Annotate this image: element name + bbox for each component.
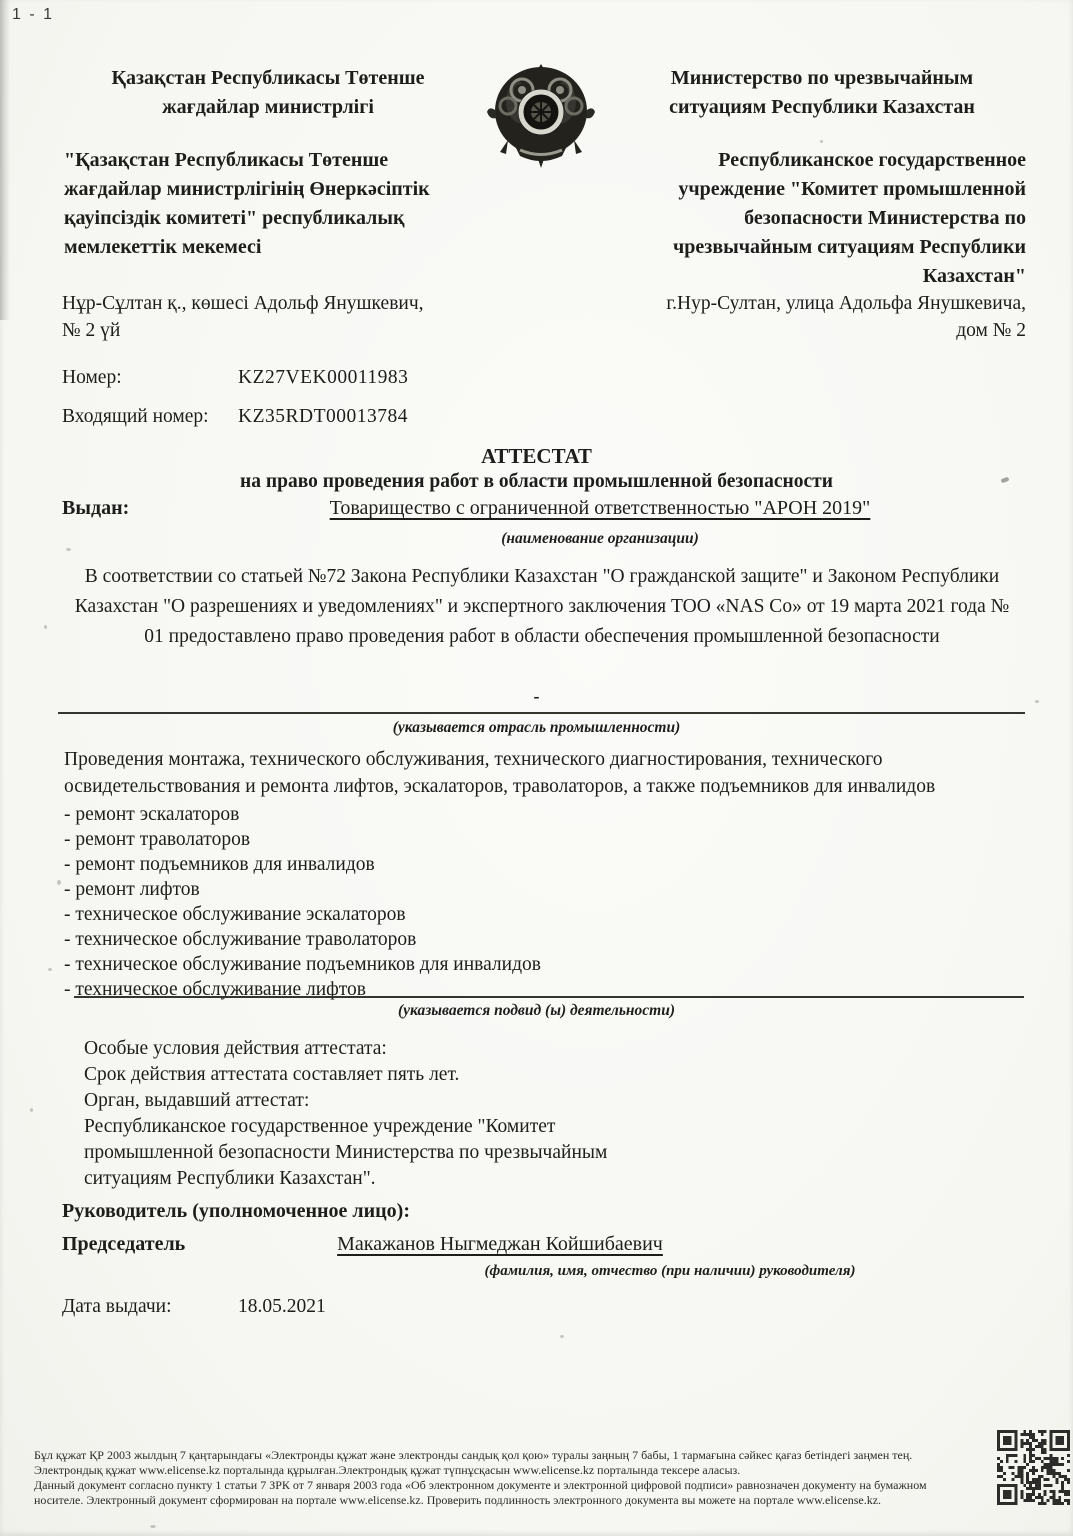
activity-item: - ремонт подъемников для инвалидов xyxy=(64,852,1022,877)
scan-artifact xyxy=(66,548,71,551)
activity-item: - ремонт траволаторов xyxy=(64,827,1022,852)
scan-artifact xyxy=(44,625,47,629)
institution-name-ru: Республиканское государственное учрежден… xyxy=(620,146,1026,291)
subtype-rule-line xyxy=(74,996,1024,998)
activity-item: - ремонт эскалаторов xyxy=(64,802,1022,827)
scan-artifact xyxy=(30,1108,33,1112)
activity-item: - техническое обслуживание эскалаторов xyxy=(64,902,1022,927)
leader-name-caption: (фамилия, имя, отчество (при наличии) ру… xyxy=(320,1263,1020,1280)
footer-line-ru-1: Данный документ согласно пункту 1 статьи… xyxy=(34,1478,994,1493)
address-kk-line2: № 2 үй xyxy=(62,317,492,344)
activity-item: - техническое обслуживание лифтов xyxy=(64,977,1022,1002)
subtype-caption: (указывается подвид (ы) деятельности) xyxy=(0,1002,1073,1020)
activity-item: - ремонт лифтов xyxy=(64,877,1022,902)
scan-artifact xyxy=(57,880,61,885)
validity-period: Срок действия аттестата составляет пять … xyxy=(84,1062,844,1088)
scanned-certificate-page: 1 - 1 Қазақстан Республикасы Төтенше жағ… xyxy=(0,0,1073,1536)
scan-artifact xyxy=(560,1335,564,1338)
ministry-name-ru: Министерство по чрезвычайным ситуациям Р… xyxy=(634,64,1010,122)
scan-artifact xyxy=(48,968,52,971)
activities-intro: Проведения монтажа, технического обслужи… xyxy=(64,746,1022,800)
activities-block: Проведения монтажа, технического обслужи… xyxy=(64,746,1022,1002)
qr-code xyxy=(997,1430,1070,1505)
incoming-number-label: Входящий номер: xyxy=(62,403,209,430)
special-conditions-label: Особые условия действия аттестата: xyxy=(84,1036,844,1062)
institution-name-kk: "Қазақстан Республикасы Төтенше жағдайла… xyxy=(64,146,468,262)
issuing-authority-line2: промышленной безопасности Министерства п… xyxy=(84,1140,844,1166)
organization-caption: (наименование организации) xyxy=(250,530,950,548)
footer-line-kk-1: Бұл құжат ҚР 2003 жылдың 7 қаңтарындағы … xyxy=(34,1448,994,1463)
footer-line-kk-2: Электрондық құжат www.elicense.kz портал… xyxy=(34,1463,994,1478)
issuing-authority-line3: ситуациям Республики Казахстан". xyxy=(84,1166,844,1192)
document-title: АТТЕСТАТ xyxy=(0,444,1073,469)
activity-item: - техническое обслуживание траволаторов xyxy=(64,927,1022,952)
issuing-authority-line1: Республиканское государственное учрежден… xyxy=(84,1114,844,1140)
organization-name: Товарищество с ограниченной ответственно… xyxy=(330,497,871,519)
address-ru-line1: г.Нур-Султан, улица Адольфа Янушкевича, xyxy=(620,290,1026,317)
activity-item: - техническое обслуживание подъемников д… xyxy=(64,952,1022,977)
address-ru-line2: дом № 2 xyxy=(620,317,1026,344)
leader-name-wrap: Макажанов Ныгмеджан Койшибаевич xyxy=(200,1233,800,1256)
issue-date-value: 18.05.2021 xyxy=(238,1293,326,1320)
leader-position: Председатель xyxy=(62,1233,185,1256)
scan-page-marker: 1 - 1 xyxy=(12,6,54,24)
document-subtitle: на право проведения работ в области пром… xyxy=(0,471,1073,493)
footer-legal-text: Бұл құжат ҚР 2003 жылдың 7 қаңтарындағы … xyxy=(34,1448,994,1508)
industry-caption: (указывается отрасль промышленности) xyxy=(0,719,1073,737)
issued-to-organization: Товарищество с ограниченной ответственно… xyxy=(250,497,950,520)
issuing-authority-label: Орган, выдавший аттестат: xyxy=(84,1088,844,1114)
scan-artifact xyxy=(150,1525,156,1528)
number-label: Номер: xyxy=(62,364,122,391)
footer-line-ru-2: носителе. Электронный документ сформиров… xyxy=(34,1493,994,1508)
address-kk-line1: Нұр-Сұлтан қ., көшесі Адольф Янушкевич, xyxy=(62,290,492,317)
kazakhstan-state-emblem-icon xyxy=(484,48,598,184)
number-value: KZ27VEK00011983 xyxy=(238,364,408,391)
leader-section-label: Руководитель (уполномоченное лицо): xyxy=(62,1200,410,1223)
leader-name: Макажанов Ныгмеджан Койшибаевич xyxy=(337,1233,663,1255)
incoming-number-value: KZ35RDT00013784 xyxy=(238,403,408,430)
industry-rule-line xyxy=(58,712,1025,714)
conditions-block: Особые условия действия аттестата: Срок … xyxy=(84,1036,844,1192)
ministry-name-kk: Қазақстан Республикасы Төтенше жағдайлар… xyxy=(82,64,454,122)
scan-artifact xyxy=(820,140,823,143)
legal-basis-paragraph: В соответствии со статьей №72 Закона Рес… xyxy=(66,562,1018,652)
address-kk: Нұр-Сұлтан қ., көшесі Адольф Янушкевич, … xyxy=(62,290,492,344)
address-ru: г.Нур-Султан, улица Адольфа Янушкевича, … xyxy=(620,290,1026,344)
industry-value-dash: - xyxy=(0,686,1073,707)
issued-label: Выдан: xyxy=(62,497,129,520)
issue-date-label: Дата выдачи: xyxy=(62,1293,172,1320)
